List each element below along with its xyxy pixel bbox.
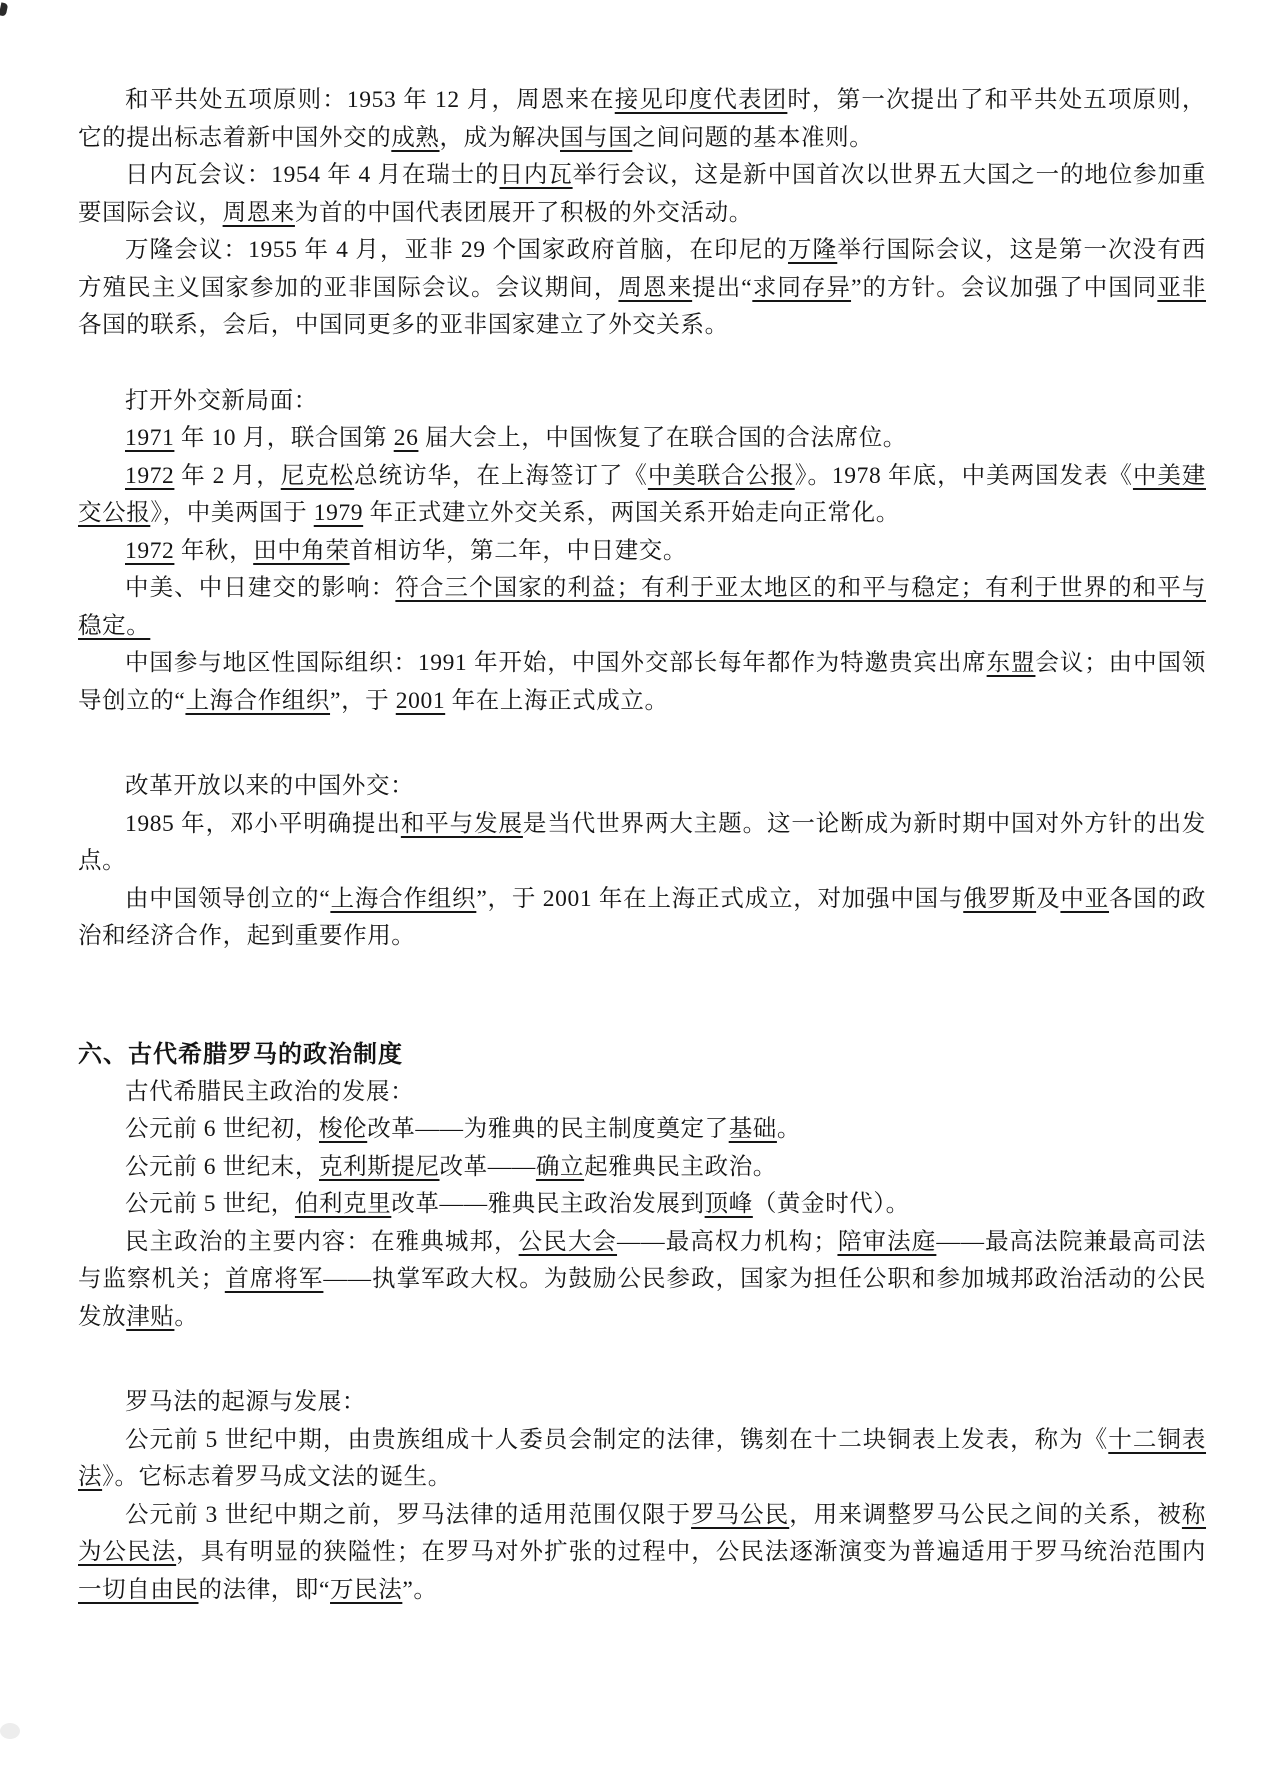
- text-run: 年在上海正式成立。: [445, 688, 668, 714]
- paragraph: 中国参与地区性国际组织：1991 年开始，中国外交部长每年都作为特邀贵宾出席东盟…: [78, 645, 1206, 720]
- paragraph: 中美、中日建交的影响：符合三个国家的利益；有利于亚太地区的和平与稳定；有利于世界…: [78, 570, 1206, 645]
- text-run: 打开外交新局面：: [125, 388, 318, 414]
- text-run: 改革——: [440, 1154, 536, 1180]
- underlined-text: 上海合作组织: [185, 688, 330, 714]
- underlined-text: 罗马公民: [691, 1502, 789, 1528]
- underlined-text: 成熟: [391, 125, 439, 151]
- underlined-text: 和平与发展: [401, 811, 523, 837]
- underlined-text: 梭伦: [319, 1116, 367, 1142]
- paragraph: 改革开放以来的中国外交：: [78, 768, 1206, 806]
- text-run: 》，中美两国于: [150, 500, 313, 526]
- text-run: 公元前 3 世纪中期之前，罗马法律的适用范围仅限于: [125, 1502, 691, 1528]
- underlined-text: 基础: [729, 1116, 777, 1142]
- paragraph: 公元前 3 世纪中期之前，罗马法律的适用范围仅限于罗马公民，用来调整罗马公民之间…: [78, 1497, 1206, 1610]
- paragraph: 古代希腊民主政治的发展：: [78, 1074, 1206, 1112]
- text-run: ，用来调整罗马公民之间的关系，被: [789, 1502, 1182, 1528]
- text-run: 公元前 6 世纪末，: [125, 1154, 319, 1180]
- scan-artifact-top-left: [0, 2, 8, 16]
- text-run: 年正式建立外交关系，两国关系开始走向正常化。: [363, 500, 900, 526]
- underlined-text: 伯利克里: [295, 1191, 391, 1217]
- underlined-text: 顶峰: [705, 1191, 753, 1217]
- text-run: 改革——为雅典的民主制度奠定了: [367, 1116, 729, 1142]
- text-run: 的法律，即“: [199, 1577, 331, 1603]
- text-run: 年秋，: [174, 538, 253, 564]
- underlined-text: 亚非: [1157, 275, 1206, 301]
- text-run: 起雅典民主政治。: [584, 1154, 777, 1180]
- document-body: 和平共处五项原则：1953 年 12 月，周恩来在接见印度代表团时，第一次提出了…: [78, 82, 1206, 1609]
- paragraph: 日内瓦会议：1954 年 4 月在瑞士的日内瓦举行会议，这是新中国首次以世界五大…: [78, 157, 1206, 232]
- text-run: 及: [1036, 886, 1060, 912]
- underlined-text: 万民法: [330, 1577, 402, 1603]
- underlined-text: 求同存异: [752, 275, 851, 301]
- text-run: 首相访华，第二年，中日建交。: [350, 538, 687, 564]
- text-run: 日内瓦会议：1954 年 4 月在瑞士的: [125, 162, 499, 188]
- underlined-text: 东盟: [987, 650, 1036, 676]
- underlined-text: 中美联合公报: [648, 463, 795, 489]
- text-run: 中美、中日建交的影响：: [125, 575, 395, 601]
- text-run: 改革——雅典民主政治发展到: [391, 1191, 704, 1217]
- underlined-text: 公民大会: [519, 1229, 617, 1255]
- text-run: 民主政治的主要内容：在雅典城邦，: [125, 1229, 519, 1255]
- underlined-text: 国与国: [560, 125, 632, 151]
- underlined-text: 一切自由民: [78, 1577, 199, 1603]
- section-gap: [78, 956, 1206, 1036]
- section-gap: [78, 1336, 1206, 1384]
- text-run: 。: [174, 1304, 198, 1330]
- paragraph: 和平共处五项原则：1953 年 12 月，周恩来在接见印度代表团时，第一次提出了…: [78, 82, 1206, 157]
- underlined-text: 1972: [125, 463, 174, 489]
- paragraph: 公元前 6 世纪末，克利斯提尼改革——确立起雅典民主政治。: [78, 1149, 1206, 1187]
- text-run: 中国参与地区性国际组织：1991 年开始，中国外交部长每年都作为特邀贵宾出席: [125, 650, 987, 676]
- underlined-text: 1972: [125, 538, 174, 564]
- underlined-text: 田中角荣: [253, 538, 349, 564]
- paragraph: 公元前 5 世纪中期，由贵族组成十人委员会制定的法律，镌刻在十二块铜表上发表，称…: [78, 1422, 1206, 1497]
- underlined-text: 上海合作组织: [330, 886, 476, 912]
- text-run: 六、古代希腊罗马的政治制度: [78, 1041, 403, 1068]
- text-run: 公元前 6 世纪初，: [125, 1116, 319, 1142]
- underlined-text: 周恩来: [618, 275, 692, 301]
- text-run: ”。: [402, 1577, 437, 1603]
- paragraph: 公元前 5 世纪，伯利克里改革——雅典民主政治发展到顶峰（黄金时代）。: [78, 1186, 1206, 1224]
- underlined-text: 日内瓦: [499, 162, 572, 188]
- underlined-text: 克利斯提尼: [319, 1154, 440, 1180]
- text-run: 各国的联系，会后，中国同更多的亚非国家建立了外交关系。: [78, 312, 729, 338]
- paragraph: 1972 年 2 月，尼克松总统访华，在上海签订了《中美联合公报》。1978 年…: [78, 458, 1206, 533]
- paragraph: 1985 年，邓小平明确提出和平与发展是当代世界两大主题。这一论断成为新时期中国…: [78, 806, 1206, 881]
- text-run: 总统访华，在上海签订了《: [354, 463, 648, 489]
- paragraph: 1971 年 10 月，联合国第 26 届大会上，中国恢复了在联合国的合法席位。: [78, 420, 1206, 458]
- underlined-text: 接见印度代表团: [615, 87, 788, 113]
- text-run: 》。1978 年底，中美两国发表《: [795, 463, 1133, 489]
- text-run: ，成为解决: [440, 125, 561, 151]
- paragraph: 罗马法的起源与发展：: [78, 1384, 1206, 1422]
- text-run: 公元前 5 世纪，: [125, 1191, 295, 1217]
- underlined-text: 周恩来: [223, 200, 295, 226]
- text-run: 为首的中国代表团展开了积极的外交活动。: [295, 200, 753, 226]
- paragraph: 公元前 6 世纪初，梭伦改革——为雅典的民主制度奠定了基础。: [78, 1111, 1206, 1149]
- section-heading: 六、古代希腊罗马的政治制度: [78, 1036, 1206, 1074]
- text-run: ”，于 2001 年在上海正式成立，对加强中国与: [476, 886, 963, 912]
- text-run: 年 10 月，联合国第: [174, 425, 393, 451]
- paragraph: 由中国领导创立的“上海合作组织”，于 2001 年在上海正式成立，对加强中国与俄…: [78, 881, 1206, 956]
- text-run: 。: [777, 1116, 801, 1142]
- text-run: ”，于: [330, 688, 396, 714]
- text-run: 》。它标志着罗马成文法的诞生。: [102, 1464, 452, 1490]
- scan-artifact-bottom-left: [0, 1723, 20, 1739]
- underlined-text: 俄罗斯: [963, 886, 1036, 912]
- underlined-text: 确立: [536, 1154, 584, 1180]
- section-gap: [78, 345, 1206, 383]
- text-run: 届大会上，中国恢复了在联合国的合法席位。: [418, 425, 906, 451]
- text-run: 万隆会议：1955 年 4 月，亚非 29 个国家政府首脑，在印尼的: [125, 237, 788, 263]
- paragraph: 万隆会议：1955 年 4 月，亚非 29 个国家政府首脑，在印尼的万隆举行国际…: [78, 232, 1206, 345]
- underlined-text: 1971: [125, 425, 174, 451]
- text-run: 改革开放以来的中国外交：: [125, 773, 414, 799]
- text-run: 和平共处五项原则：1953 年 12 月，周恩来在: [125, 87, 615, 113]
- text-run: ，具有明显的狭隘性；在罗马对外扩张的过程中，公民法逐渐演变为普遍适用于罗马统治范…: [176, 1539, 1206, 1565]
- text-run: ——最高权力机构；: [617, 1229, 837, 1255]
- text-run: 由中国领导创立的“: [125, 886, 330, 912]
- paragraph: 1972 年秋，田中角荣首相访华，第二年，中日建交。: [78, 533, 1206, 571]
- text-run: 年 2 月，: [174, 463, 280, 489]
- underlined-text: 2001: [396, 688, 445, 714]
- text-run: 之间问题的基本准则。: [632, 125, 873, 151]
- paragraph: 民主政治的主要内容：在雅典城邦，公民大会——最高权力机构；陪审法庭——最高法院兼…: [78, 1224, 1206, 1337]
- underlined-text: 万隆: [788, 237, 837, 263]
- underlined-text: 津贴: [126, 1304, 174, 1330]
- underlined-text: 1979: [314, 500, 363, 526]
- text-run: 古代希腊民主政治的发展：: [125, 1079, 414, 1105]
- underlined-text: 首席将军: [225, 1266, 324, 1292]
- text-run: 提出“: [692, 275, 752, 301]
- underlined-text: 尼克松: [281, 463, 354, 489]
- text-run: 1985 年，邓小平明确提出: [125, 811, 401, 837]
- text-run: （黄金时代）。: [753, 1191, 910, 1217]
- paragraph: 打开外交新局面：: [78, 383, 1206, 421]
- text-run: ”的方针。会议加强了中国同: [851, 275, 1157, 301]
- text-run: 公元前 5 世纪中期，由贵族组成十人委员会制定的法律，镌刻在十二块铜表上发表，称…: [125, 1427, 1108, 1453]
- section-gap: [78, 720, 1206, 768]
- underlined-text: 26: [394, 425, 419, 451]
- underlined-text: 中亚: [1060, 886, 1109, 912]
- text-run: 罗马法的起源与发展：: [125, 1389, 366, 1415]
- underlined-text: 陪审法庭: [837, 1229, 936, 1255]
